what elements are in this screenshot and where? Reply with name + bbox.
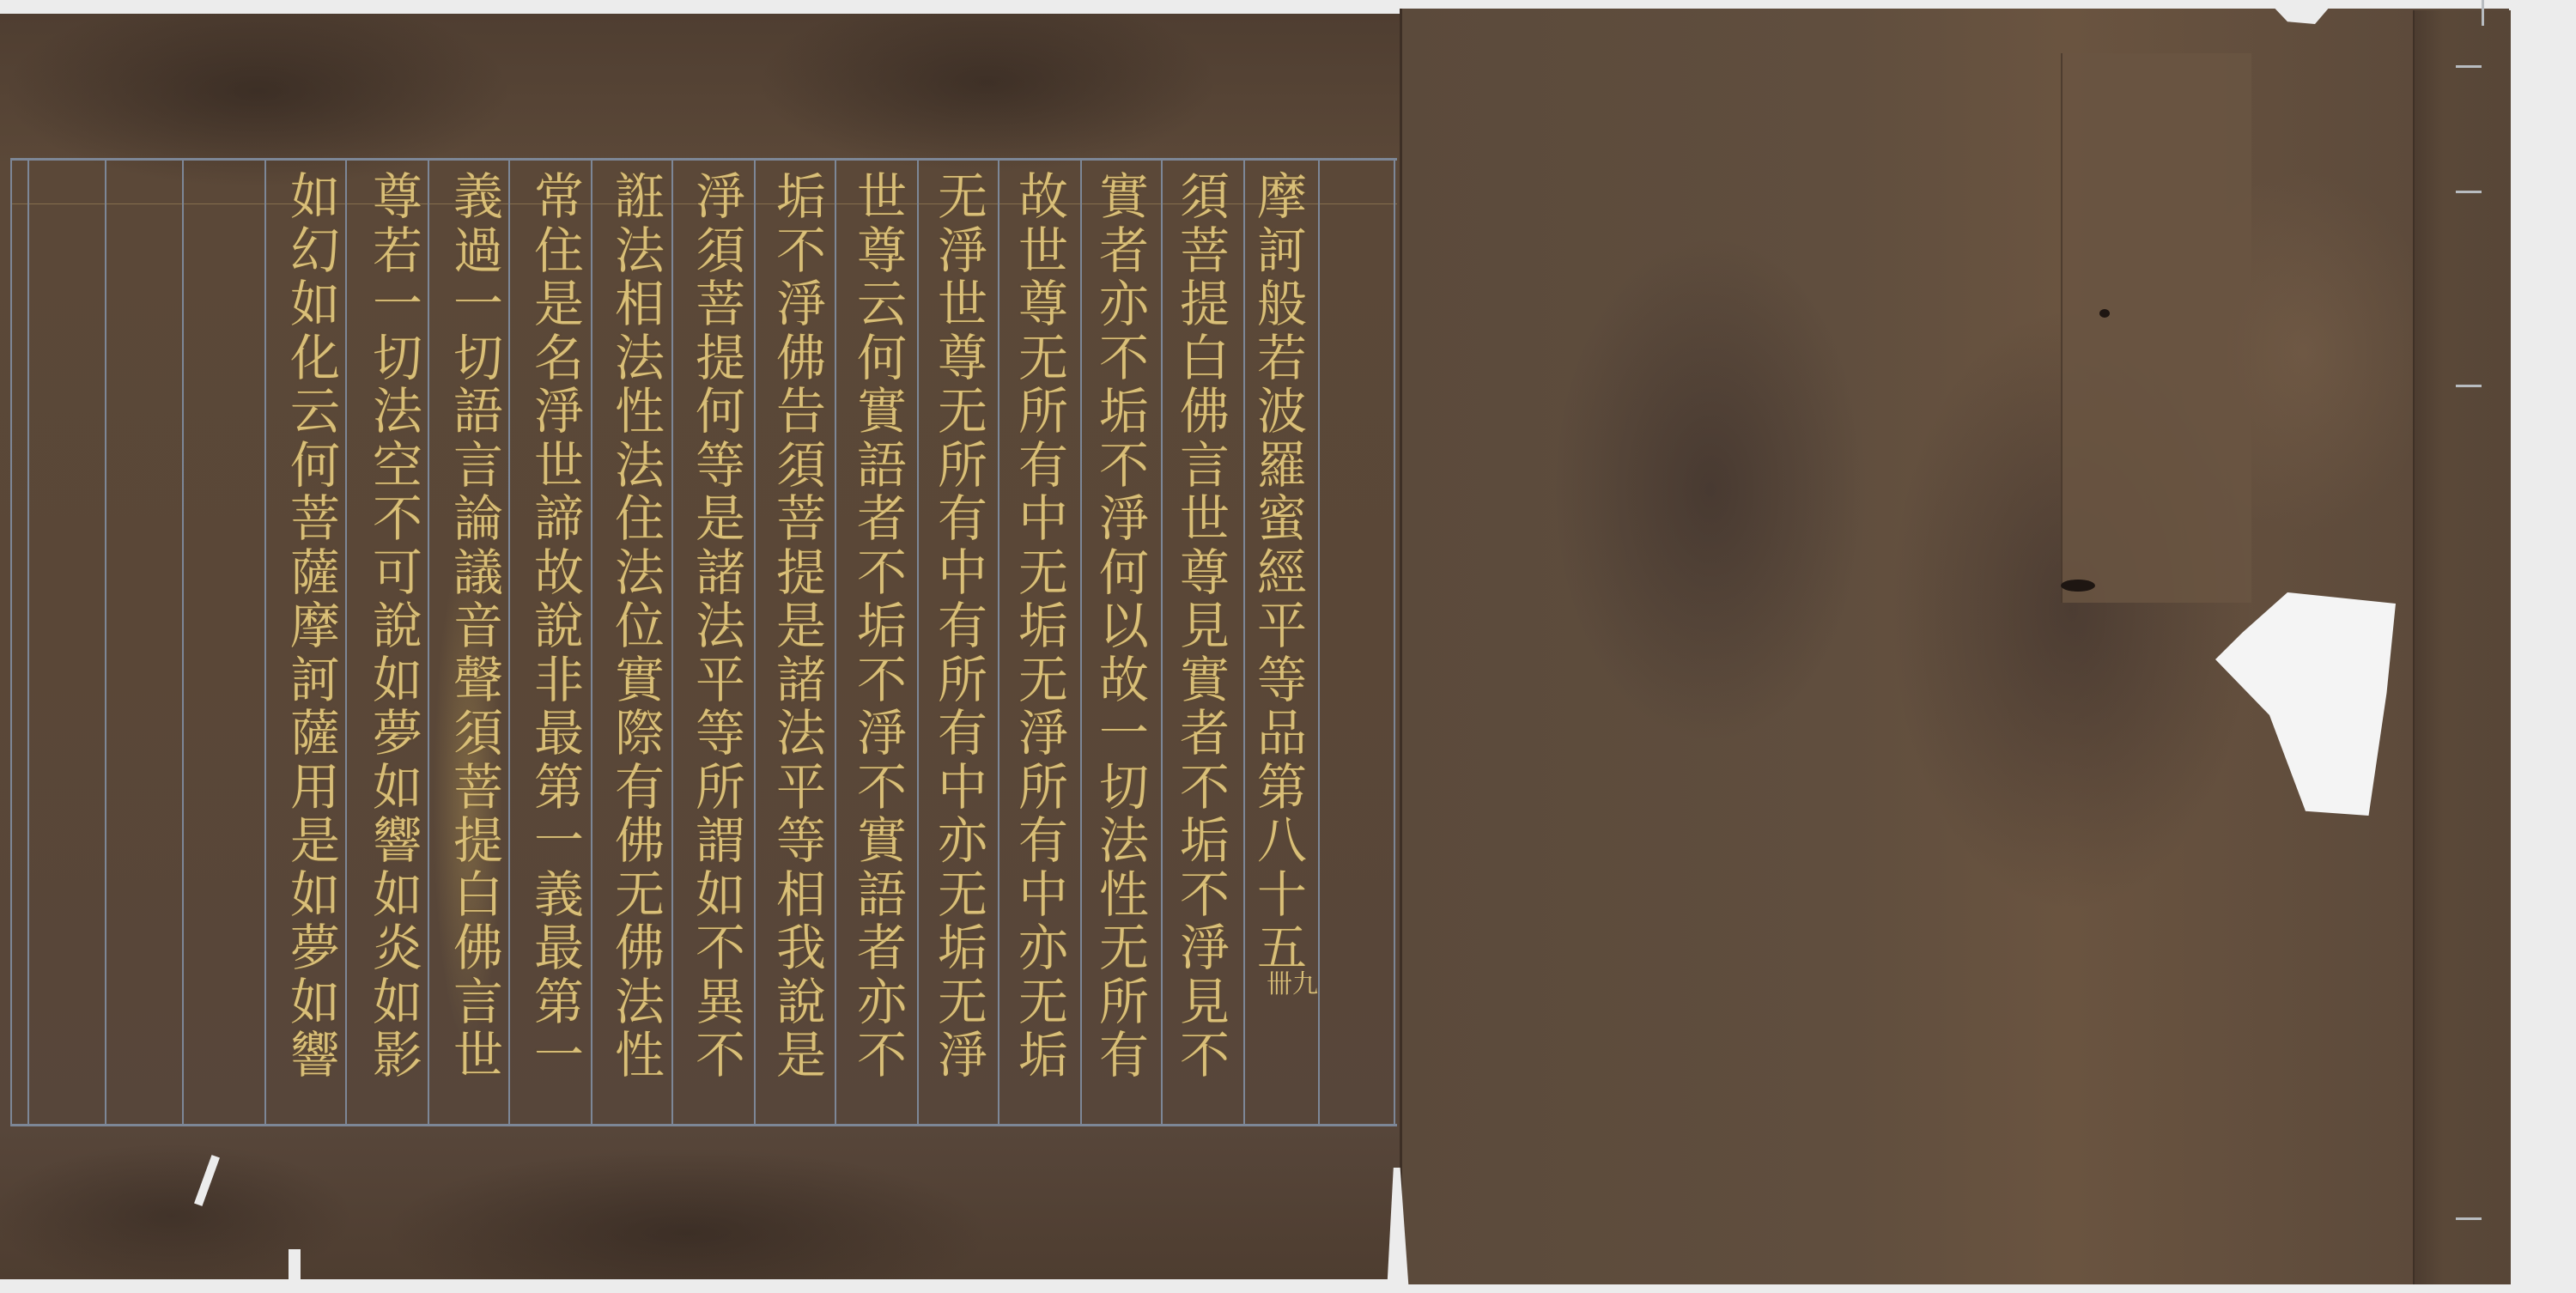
glyph: 淨 [857, 707, 907, 761]
glyph: 最 [534, 921, 584, 975]
column-rule [1394, 161, 1395, 1124]
text-column: 實者亦不垢不淨何以故一切法性无所有 [1087, 170, 1161, 1083]
glyph: 亦 [1099, 277, 1149, 331]
glyph: 五 [1257, 921, 1307, 975]
glyph: 提 [696, 331, 745, 385]
text-column: 誑法相法性法住法位實際有佛无佛法性 [603, 170, 677, 1083]
glyph: 用 [290, 761, 340, 815]
glyph: 法 [373, 385, 422, 439]
glyph: 法 [1099, 814, 1149, 868]
text-column-title: 摩訶般若波羅蜜經平等品第八十五 [1245, 170, 1319, 975]
glyph: 垢 [1018, 1029, 1068, 1083]
glyph: 如 [696, 868, 745, 922]
glyph: 性 [1099, 868, 1149, 922]
glyph: 尊 [1180, 546, 1230, 600]
glyph: 言 [1180, 439, 1230, 493]
glyph: 諸 [776, 653, 826, 707]
glyph: 第 [534, 975, 584, 1029]
glyph: 中 [1018, 492, 1068, 546]
glyph: 尊 [938, 331, 987, 385]
glyph: 性 [615, 1029, 665, 1083]
glyph: 最 [534, 707, 584, 761]
glyph: 云 [290, 385, 340, 439]
glyph: 尊 [373, 170, 422, 224]
glyph: 夢 [290, 921, 340, 975]
glyph: 第 [1257, 761, 1307, 815]
glyph: 一 [373, 277, 422, 331]
glyph: 淨 [1018, 707, 1068, 761]
glyph: 平 [696, 653, 745, 707]
glyph: 不 [1180, 1029, 1230, 1083]
glyph: 白 [1180, 331, 1230, 385]
glyph: 非 [534, 653, 584, 707]
glyph: 故 [534, 546, 584, 600]
glyph: 菩 [696, 277, 745, 331]
glyph: 世 [1018, 224, 1068, 278]
glyph: 以 [1099, 599, 1149, 653]
glyph: 无 [1018, 546, 1068, 600]
glyph: 音 [453, 599, 503, 653]
glyph: 淨 [1099, 492, 1149, 546]
column-rule [264, 161, 266, 1124]
glyph: 過 [453, 224, 503, 278]
glyph: 提 [776, 546, 826, 600]
glyph: 佛 [1180, 385, 1230, 439]
glyph: 不 [857, 761, 907, 815]
column-rule [27, 161, 29, 1124]
glyph: 異 [696, 975, 745, 1029]
glyph: 性 [615, 385, 665, 439]
glyph: 是 [776, 1029, 826, 1083]
glyph: 空 [373, 439, 422, 493]
mounting-pin [2456, 385, 2482, 387]
glyph: 可 [373, 546, 422, 600]
glyph: 法 [615, 546, 665, 600]
glyph: 常 [534, 170, 584, 224]
glyph: 所 [696, 761, 745, 815]
glyph: 須 [453, 707, 503, 761]
glyph: 垢 [776, 170, 826, 224]
glyph: 諸 [696, 546, 745, 600]
glyph: 有 [1018, 814, 1068, 868]
glyph: 薩 [290, 546, 340, 600]
glyph: 一 [534, 1029, 584, 1083]
text-column: 淨須菩提何等是諸法平等所謂如不異不 [683, 170, 757, 1083]
column-rule [10, 161, 12, 1124]
glyph: 說 [534, 599, 584, 653]
glyph: 等 [1257, 653, 1307, 707]
mounting-pin [2482, 0, 2484, 26]
glyph: 第 [534, 761, 584, 815]
glyph: 語 [857, 868, 907, 922]
glyph: 若 [373, 224, 422, 278]
glyph: 何 [1099, 546, 1149, 600]
scroll-end-strip [2413, 10, 2511, 1284]
glyph: 无 [1099, 921, 1149, 975]
glyph: 无 [1018, 331, 1068, 385]
glyph: 聲 [453, 653, 503, 707]
glyph: 住 [534, 224, 584, 278]
glyph: 白 [453, 868, 503, 922]
glyph: 不 [1180, 868, 1230, 922]
glyph: 相 [615, 277, 665, 331]
glyph: 无 [938, 975, 987, 1029]
glyph: 告 [776, 385, 826, 439]
glyph: 如 [290, 975, 340, 1029]
glyph: 菩 [776, 492, 826, 546]
glyph: 中 [938, 761, 987, 815]
glyph: 八 [1257, 814, 1307, 868]
glyph: 无 [938, 868, 987, 922]
glyph: 一 [534, 814, 584, 868]
glyph: 不 [373, 492, 422, 546]
glyph: 義 [534, 868, 584, 922]
glyph: 平 [1257, 599, 1307, 653]
glyph: 影 [373, 1029, 422, 1083]
text-column: 須菩提白佛言世尊見實者不垢不淨見不 [1168, 170, 1242, 1083]
glyph: 何 [857, 331, 907, 385]
glyph: 位 [615, 599, 665, 653]
glyph: 實 [1180, 653, 1230, 707]
glyph: 蜜 [1257, 492, 1307, 546]
glyph: 世 [857, 170, 907, 224]
glyph: 所 [938, 653, 987, 707]
column-rule [1161, 161, 1163, 1124]
glyph: 須 [776, 439, 826, 493]
glyph: 菩 [1180, 224, 1230, 278]
glyph: 法 [696, 599, 745, 653]
glyph: 切 [1099, 761, 1149, 815]
glyph: 菩 [453, 761, 503, 815]
glyph: 世 [1180, 492, 1230, 546]
glyph: 垢 [857, 599, 907, 653]
glyph: 垢 [1099, 385, 1149, 439]
glyph: 无 [938, 385, 987, 439]
glyph: 佛 [615, 814, 665, 868]
glyph: 見 [1180, 975, 1230, 1029]
glyph: 等 [776, 814, 826, 868]
glyph: 炎 [373, 921, 422, 975]
glyph: 法 [615, 331, 665, 385]
glyph: 一 [1099, 707, 1149, 761]
glyph: 實 [857, 814, 907, 868]
glyph: 羅 [1257, 439, 1307, 493]
glyph: 佛 [453, 921, 503, 975]
glyph: 實 [1099, 170, 1149, 224]
glyph: 響 [373, 814, 422, 868]
glyph: 不 [696, 1029, 745, 1083]
glyph: 際 [615, 707, 665, 761]
column-rule [105, 161, 106, 1124]
glyph: 品 [1257, 707, 1307, 761]
text-column: 垢不淨佛告須菩提是諸法平等相我說是 [764, 170, 838, 1083]
glyph: 須 [696, 224, 745, 278]
glyph: 說 [776, 975, 826, 1029]
glyph: 論 [453, 492, 503, 546]
glyph: 等 [696, 707, 745, 761]
glyph: 語 [453, 385, 503, 439]
glyph: 尊 [1018, 277, 1068, 331]
glyph: 切 [373, 331, 422, 385]
repair-patch [2061, 53, 2251, 603]
glyph: 亦 [857, 975, 907, 1029]
glyph: 淨 [534, 385, 584, 439]
glyph: 實 [857, 385, 907, 439]
glyph: 菩 [290, 492, 340, 546]
glyph: 亦 [938, 814, 987, 868]
glyph: 是 [696, 492, 745, 546]
glyph: 平 [776, 761, 826, 815]
glyph: 謂 [696, 814, 745, 868]
glyph: 不 [857, 546, 907, 600]
glyph: 法 [615, 439, 665, 493]
glyph: 亦 [1018, 921, 1068, 975]
glyph: 不 [857, 653, 907, 707]
text-column: 故世尊无所有中无垢无淨所有中亦无垢 [1006, 170, 1080, 1083]
glyph: 淨 [696, 170, 745, 224]
glyph: 切 [453, 331, 503, 385]
glyph: 所 [1018, 761, 1068, 815]
glyph: 是 [534, 277, 584, 331]
glyph: 佛 [776, 331, 826, 385]
glyph: 法 [776, 707, 826, 761]
glyph: 不 [696, 921, 745, 975]
glyph: 尊 [857, 224, 907, 278]
glyph: 說 [373, 599, 422, 653]
glyph: 般 [1257, 277, 1307, 331]
glyph: 若 [1257, 331, 1307, 385]
sheet-number-annotation: 卌九 [1267, 970, 1318, 999]
glyph: 化 [290, 331, 340, 385]
glyph: 垢 [1018, 599, 1068, 653]
glyph: 世 [938, 277, 987, 331]
wormhole [2099, 309, 2110, 318]
glyph: 者 [857, 921, 907, 975]
glyph: 不 [1180, 761, 1230, 815]
glyph: 摩 [1257, 170, 1307, 224]
glyph: 如 [290, 170, 340, 224]
glyph: 如 [373, 868, 422, 922]
text-column: 尊若一切法空不可說如夢如響如炎如影 [361, 170, 434, 1083]
text-column: 无淨世尊无所有中有所有中亦无垢无淨 [926, 170, 999, 1083]
glyph: 淨 [938, 1029, 987, 1083]
glyph: 如 [290, 868, 340, 922]
glyph: 云 [857, 277, 907, 331]
glyph: 十 [1257, 868, 1307, 922]
glyph: 无 [615, 868, 665, 922]
glyph: 佛 [615, 921, 665, 975]
glyph: 所 [938, 439, 987, 493]
glyph: 提 [1180, 277, 1230, 331]
glyph: 不 [1099, 439, 1149, 493]
text-column: 如幻如化云何菩薩摩訶薩用是如夢如響 [278, 170, 352, 1083]
glyph: 有 [938, 599, 987, 653]
glyph: 何 [696, 385, 745, 439]
glyph: 如 [373, 653, 422, 707]
glyph: 訶 [1257, 224, 1307, 278]
mounting-pin [2456, 191, 2482, 193]
glyph: 實 [615, 653, 665, 707]
glyph: 所 [1099, 975, 1149, 1029]
glyph: 夢 [373, 707, 422, 761]
glyph: 无 [938, 170, 987, 224]
glyph: 摩 [290, 599, 340, 653]
glyph: 无 [1018, 653, 1068, 707]
glyph: 是 [290, 814, 340, 868]
glyph: 所 [1018, 385, 1068, 439]
glyph: 世 [453, 1029, 503, 1083]
glyph: 一 [453, 277, 503, 331]
glyph: 相 [776, 868, 826, 922]
glyph: 名 [534, 331, 584, 385]
glyph: 淨 [1180, 921, 1230, 975]
glyph: 有 [938, 492, 987, 546]
glyph: 淨 [776, 277, 826, 331]
glyph: 有 [615, 761, 665, 815]
glyph: 故 [1099, 653, 1149, 707]
glyph: 世 [534, 439, 584, 493]
glyph: 波 [1257, 385, 1307, 439]
glyph: 見 [1180, 599, 1230, 653]
glyph: 法 [615, 975, 665, 1029]
glyph: 中 [1018, 868, 1068, 922]
glyph: 幻 [290, 224, 340, 278]
glyph: 有 [1099, 1029, 1149, 1083]
glyph: 淨 [938, 224, 987, 278]
glyph: 議 [453, 546, 503, 600]
column-rule [182, 161, 184, 1124]
mounting-pin [2456, 1217, 2482, 1220]
glyph: 者 [857, 492, 907, 546]
glyph: 故 [1018, 170, 1068, 224]
glyph: 語 [857, 439, 907, 493]
glyph: 如 [373, 761, 422, 815]
text-column: 常住是名淨世諦故說非最第一義最第一 [522, 170, 596, 1083]
glyph: 言 [453, 975, 503, 1029]
glyph: 響 [290, 1029, 340, 1083]
glyph: 經 [1257, 546, 1307, 600]
glyph: 是 [776, 599, 826, 653]
glyph: 者 [1099, 224, 1149, 278]
glyph: 諦 [534, 492, 584, 546]
glyph: 垢 [938, 921, 987, 975]
glyph: 提 [453, 814, 503, 868]
glyph: 有 [938, 707, 987, 761]
glyph: 者 [1180, 707, 1230, 761]
glyph: 法 [615, 224, 665, 278]
glyph: 住 [615, 492, 665, 546]
glyph: 中 [938, 546, 987, 600]
mounting-pin [2456, 65, 2482, 68]
glyph: 須 [1180, 170, 1230, 224]
sheet-join-seam [1400, 9, 1402, 1279]
glyph: 何 [290, 439, 340, 493]
text-column: 義過一切語言論議音聲須菩提白佛言世 [441, 170, 515, 1083]
glyph: 訶 [290, 653, 340, 707]
glyph: 等 [696, 439, 745, 493]
glyph: 如 [290, 277, 340, 331]
bottom-edge-notch [289, 1249, 301, 1293]
glyph: 言 [453, 439, 503, 493]
glyph: 薩 [290, 707, 340, 761]
glyph: 垢 [1180, 814, 1230, 868]
glyph: 无 [1018, 975, 1068, 1029]
glyph: 不 [1099, 331, 1149, 385]
glyph: 如 [373, 975, 422, 1029]
glyph: 義 [453, 170, 503, 224]
glyph: 我 [776, 921, 826, 975]
column-rule [1080, 161, 1082, 1124]
glyph: 誑 [615, 170, 665, 224]
glyph: 有 [1018, 439, 1068, 493]
tear-gap [2061, 580, 2095, 592]
text-column: 世尊云何實語者不垢不淨不實語者亦不 [845, 170, 919, 1083]
glyph: 不 [776, 224, 826, 278]
glyph: 不 [857, 1029, 907, 1083]
